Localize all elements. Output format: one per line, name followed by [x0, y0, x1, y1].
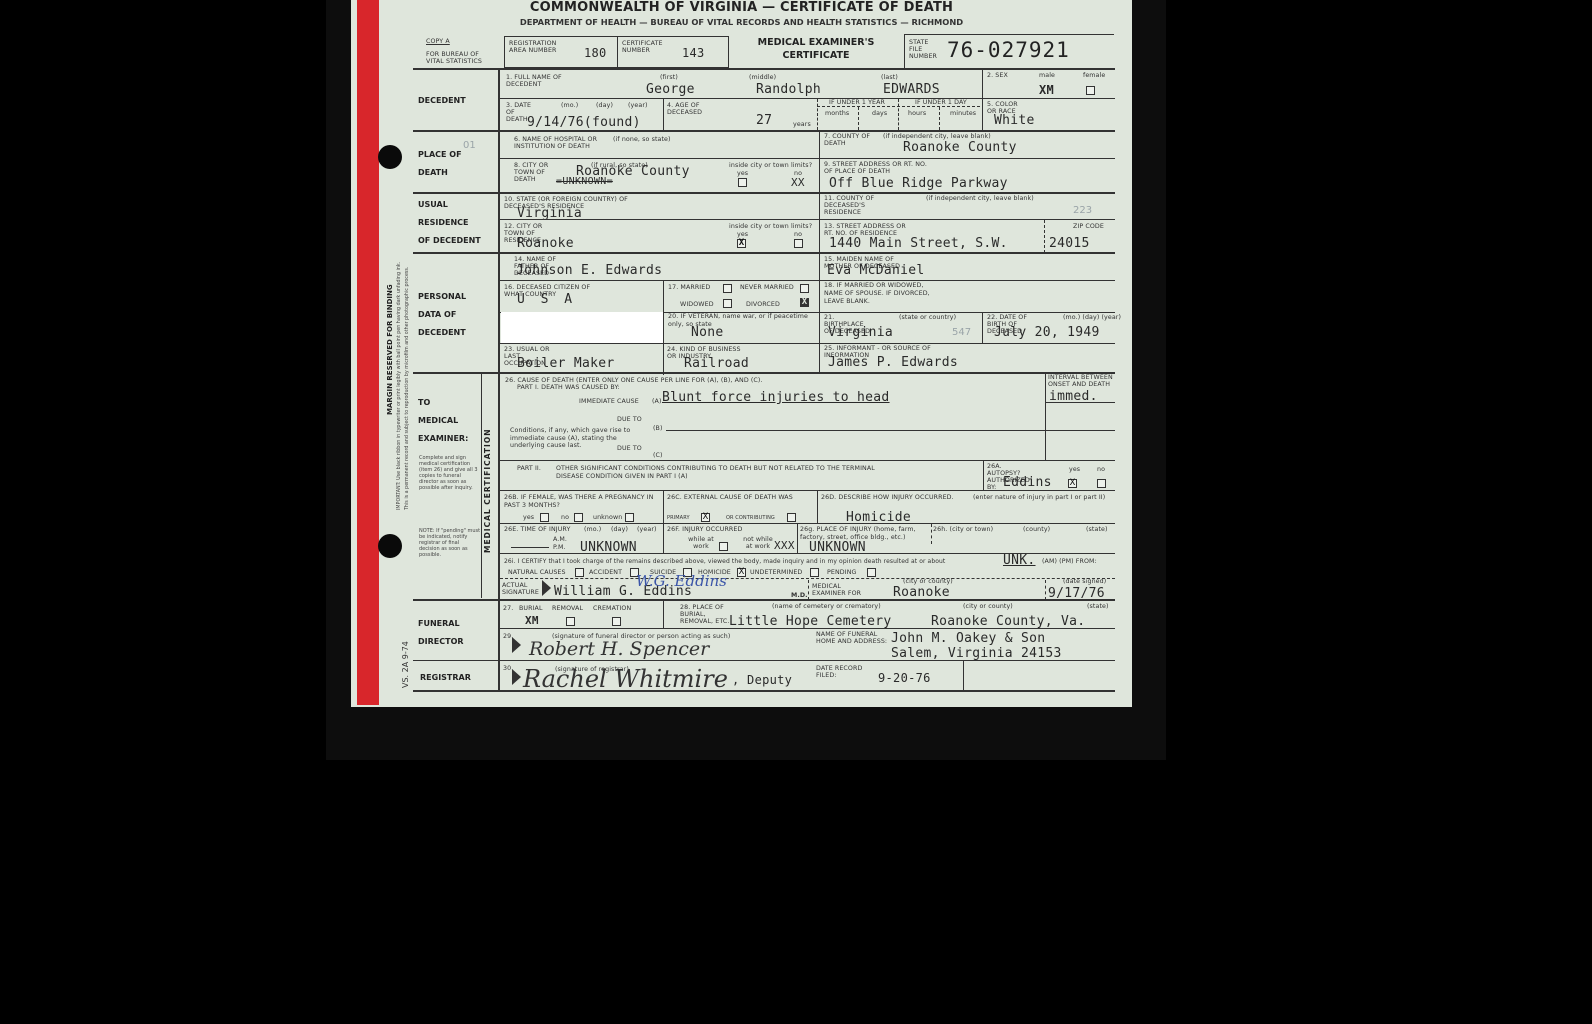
under-year-label: IF UNDER 1 YEAR	[829, 99, 885, 106]
divider	[413, 192, 1115, 194]
residence-street-label: 13. STREET ADDRESS OR RT. NO. OF RESIDEN…	[824, 223, 914, 237]
burial-label: BURIAL	[519, 605, 543, 612]
copy-for: FOR BUREAU OF VITAL STATISTICS	[426, 51, 496, 65]
mo-label: (mo.)	[561, 102, 578, 109]
hospital-label: 6. NAME OF HOSPITAL OR INSTITUTION OF DE…	[514, 136, 604, 150]
margin-binding-text: MARGIN RESERVED FOR BINDING	[386, 284, 394, 415]
binding-margin-stripe	[357, 0, 379, 705]
not-while-work-label: not while at work	[741, 536, 775, 550]
minutes-label: minutes	[950, 110, 976, 117]
section-personal-2: DATA OF	[418, 310, 456, 319]
certificate-type: MEDICAL EXAMINER'S CERTIFICATE	[736, 36, 896, 62]
day-label: (day)	[596, 102, 613, 109]
divider	[500, 280, 1115, 281]
undetermined-checkbox[interactable]	[810, 568, 819, 577]
divider	[500, 523, 1115, 524]
county-of-death-label: 7. COUNTY OF DEATH	[824, 133, 874, 147]
sex-male-mark: XM	[1039, 83, 1054, 97]
pregnancy-no-checkbox[interactable]	[574, 513, 583, 522]
burial-place-label: 28. PLACE OF BURIAL, REMOVAL, ETC.	[680, 604, 730, 625]
cause-a: Blunt force injuries to head	[662, 390, 890, 405]
divider	[500, 158, 1115, 159]
divider	[500, 490, 1115, 491]
mother-name: Eva McDaniel	[827, 263, 925, 278]
md-label: M.D.	[791, 592, 808, 599]
dob-hint: (mo.) (day) (year)	[1063, 314, 1121, 321]
accident-label: ACCIDENT	[589, 569, 622, 576]
director-arrow-icon	[512, 637, 521, 653]
section-to-me-1: TO	[418, 398, 430, 407]
funeral-home-name: John M. Oakey & Son	[891, 631, 1045, 646]
date-filed-label: DATE RECORD FILED:	[816, 665, 876, 679]
me-instructions: Complete and sign medical certification …	[419, 455, 481, 491]
date-signed-label: (date signed)	[1063, 578, 1106, 585]
divider	[982, 313, 983, 344]
autopsy-by: Eddins	[1003, 475, 1052, 490]
registration-area-label: REGISTRATION AREA NUMBER	[509, 40, 569, 54]
certify-time: UNK.	[1003, 553, 1036, 568]
yes-label: yes	[737, 170, 748, 177]
medical-certification-label: MEDICAL CERTIFICATION	[483, 429, 492, 553]
divorced-checkbox[interactable]: X	[800, 298, 809, 307]
inside-limits-yes-checkbox[interactable]	[738, 178, 747, 187]
disposition-label: 27.	[503, 605, 513, 612]
homicide-checkbox[interactable]: X	[737, 568, 746, 577]
punch-hole	[378, 145, 402, 169]
residence-street: 1440 Main Street, S.W.	[829, 236, 1008, 251]
pencil-code: 223	[1073, 205, 1092, 216]
pending-note: NOTE: If "pending" must be indicated, no…	[419, 528, 481, 558]
natural-checkbox[interactable]	[575, 568, 584, 577]
autopsy-no-checkbox[interactable]	[1097, 479, 1106, 488]
never-married-label: NEVER MARRIED	[740, 284, 794, 291]
death-certificate: COMMONWEALTH OF VIRGINIA — CERTIFICATE O…	[351, 0, 1132, 707]
divider	[413, 599, 1115, 601]
while-work-label: while at work	[685, 536, 717, 550]
divider	[663, 281, 664, 313]
date-of-death: 9/14/76(found)	[527, 115, 641, 130]
time-mo-label: (mo.)	[584, 526, 601, 533]
race: White	[994, 113, 1035, 128]
registrar-title: , Deputy	[732, 673, 792, 687]
female-label: female	[1083, 72, 1105, 79]
injury-state-label: (state)	[1086, 526, 1108, 533]
pending-checkbox[interactable]	[867, 568, 876, 577]
c-label: (C)	[653, 452, 663, 459]
am-label: A.M.	[553, 536, 567, 543]
divider	[858, 107, 859, 130]
veteran-label: 20. IF VETERAN, name war, or if peacetim…	[668, 313, 808, 329]
section-to-me-3: EXAMINER:	[418, 434, 468, 443]
registrar-arrow-icon	[512, 669, 521, 685]
autopsy-no-label: no	[1097, 466, 1105, 473]
margin-important-2: This is a permanent record and subject t…	[405, 267, 410, 510]
certify-text: 26i. I CERTIFY that I took charge of the…	[504, 558, 945, 565]
part2-text: OTHER SIGNIFICANT CONDITIONS CONTRIBUTIN…	[556, 465, 886, 481]
primary-checkbox[interactable]: X	[701, 513, 710, 522]
middle-label: (middle)	[749, 74, 776, 81]
under-day-label: IF UNDER 1 DAY	[915, 99, 967, 106]
divider	[819, 193, 820, 253]
injury-occurred-label: 26f. INJURY OCCURRED	[667, 526, 742, 533]
divider	[413, 252, 1115, 254]
undetermined-label: UNDETERMINED	[750, 569, 802, 576]
registration-area-number: 180	[584, 46, 607, 60]
divider	[413, 68, 1115, 70]
autopsy-yes-label: yes	[1069, 466, 1080, 473]
spouse-label: 18. IF MARRIED OR WIDOWED, NAME OF SPOUS…	[824, 282, 944, 306]
divider	[500, 628, 1115, 629]
full-name-label: 1. FULL NAME OF DECEDENT	[506, 74, 566, 88]
injury-city-label: 26h. (city or town)	[933, 526, 993, 533]
funeral-home-label: NAME OF FUNERAL HOME AND ADDRESS:	[816, 631, 896, 645]
time-label: 26e. TIME OF INJURY	[504, 526, 570, 533]
pregnancy-label: 26b. IF FEMALE, WAS THERE A PREGNANCY IN…	[504, 494, 654, 510]
pregnancy-unknown-label: unknown	[593, 514, 622, 521]
days-label: days	[872, 110, 887, 117]
director-signature: Robert H. Spencer	[529, 638, 709, 660]
divider	[500, 343, 1115, 344]
divider	[500, 98, 1115, 99]
residence-inside-yes-checkbox[interactable]: X	[737, 239, 746, 248]
city-county-label: (city or county)	[963, 603, 1013, 610]
signature-arrow-icon	[542, 580, 551, 596]
hospital-hint: (if none, so state)	[613, 136, 671, 143]
date-filed: 9-20-76	[878, 671, 931, 685]
section-residence-1: USUAL	[418, 200, 448, 209]
birthplace-code: 547	[952, 327, 971, 338]
part1-label: PART I. DEATH WAS CAUSED BY:	[517, 384, 620, 391]
last-name: EDWARDS	[883, 82, 940, 97]
divider	[663, 99, 664, 130]
divider	[413, 660, 1115, 661]
registrar-signature: Rachel Whitmire	[523, 665, 728, 693]
margin-important-1: IMPORTANT: Use black ribbon in typewrite…	[397, 262, 402, 510]
external-cause-label: 26c. EXTERNAL CAUSE OF DEATH WAS	[667, 494, 793, 501]
how-label: 26d. DESCRIBE HOW INJURY OCCURRED.	[821, 494, 954, 501]
divider	[413, 690, 1115, 692]
residence-city: Roanoke	[517, 236, 574, 251]
section-personal-1: PERSONAL	[418, 292, 466, 301]
divorced-label: DIVORCED	[746, 301, 780, 308]
street-of-death-label: 9. STREET ADDRESS OR RT. NO. OF PLACE OF…	[824, 161, 934, 175]
married-checkbox[interactable]	[723, 284, 732, 293]
widowed-checkbox[interactable]	[723, 299, 732, 308]
time-year-label: (year)	[637, 526, 657, 533]
first-label: (first)	[660, 74, 678, 81]
natural-label: NATURAL CAUSES	[508, 569, 566, 576]
divider	[413, 372, 1115, 374]
certificate-number-label: CERTIFICATE NUMBER	[622, 40, 672, 54]
punch-hole	[378, 534, 402, 558]
section-residence-2: RESIDENCE	[418, 218, 469, 227]
redacted-field	[501, 312, 663, 344]
female-checkbox[interactable]	[1086, 86, 1095, 95]
section-residence-3: OF DECEDENT	[418, 236, 481, 245]
first-name: George	[646, 82, 695, 97]
inside-limits-no-mark: XX	[791, 176, 805, 189]
removal-checkbox[interactable]	[566, 617, 575, 626]
burial-place: Little Hope Cemetery	[729, 614, 892, 629]
zip-label: ZIP CODE	[1073, 223, 1104, 230]
birthplace-hint: (state or country)	[899, 314, 956, 321]
pregnancy-no-label: no	[561, 514, 569, 521]
occupation: Boiler Maker	[517, 356, 615, 371]
b-label: (B)	[653, 425, 663, 432]
state-file-box: STATE FILE NUMBER 76-027921	[904, 34, 1114, 68]
contributing-label: or CONTRIBUTING	[726, 515, 775, 522]
divider	[817, 491, 818, 524]
divider	[663, 600, 664, 628]
father-name: Johnson E. Edwards	[516, 263, 662, 278]
examiner-for: Roanoke	[893, 585, 950, 600]
examiner-county-label: (city or county)	[903, 578, 953, 585]
section-decedent: DECEDENT	[418, 96, 466, 105]
section-place-of-death-2: DEATH	[418, 168, 448, 177]
business: Railroad	[684, 356, 749, 371]
divider	[1045, 402, 1115, 403]
pregnancy-unknown-checkbox[interactable]	[625, 513, 634, 522]
divider	[663, 313, 664, 375]
section-personal-3: DECEDENT	[418, 328, 466, 337]
injury-county-label: (county)	[1023, 526, 1050, 533]
yes-label: yes	[737, 231, 748, 238]
months-label: months	[825, 110, 849, 117]
age-label: 4. AGE OF DECEASED	[667, 102, 707, 116]
years-label: years	[793, 121, 811, 128]
registration-area-box: REGISTRATION AREA NUMBER 180	[504, 36, 618, 68]
burial-location: Roanoke County, Va.	[931, 614, 1085, 629]
certificate-number-box: CERTIFICATE NUMBER 143	[617, 36, 729, 68]
divider	[1045, 373, 1046, 461]
pm-label: P.M.	[553, 544, 566, 551]
contributing-checkbox[interactable]	[787, 513, 796, 522]
divider	[982, 70, 983, 130]
copy-label: COPY A	[426, 38, 450, 45]
divider	[819, 131, 820, 193]
section-registrar: REGISTRAR	[420, 673, 471, 682]
examiner-signature: W.G. Eddins	[636, 572, 727, 590]
no-label: no	[794, 231, 802, 238]
pregnancy-yes-checkbox[interactable]	[540, 513, 549, 522]
section-funeral-1: FUNERAL	[418, 619, 460, 628]
signature-label: ACTUAL SIGNATURE	[502, 582, 542, 596]
not-while-work-mark: XXX	[774, 539, 795, 552]
certificate-title: COMMONWEALTH OF VIRGINIA — CERTIFICATE O…	[351, 0, 1132, 15]
citizen: U S A	[517, 292, 576, 307]
divider	[963, 661, 964, 691]
hours-label: hours	[908, 110, 926, 117]
informant: James P. Edwards	[828, 355, 958, 370]
last-label: (last)	[881, 74, 898, 81]
divider	[1045, 430, 1115, 431]
pending-label: PENDING	[827, 569, 856, 576]
while-work-checkbox[interactable]	[719, 542, 728, 551]
due-to-label: DUE TO	[617, 416, 642, 423]
residence-county-hint: (if independent city, leave blank)	[926, 195, 1034, 202]
divider	[808, 580, 809, 600]
divider	[939, 107, 940, 130]
how-hint: (enter nature of injury in part I or par…	[973, 494, 1105, 501]
widowed-label: WIDOWED	[680, 301, 714, 308]
residence-county-label: 11. COUNTY OF DECEASED'S RESIDENCE	[824, 195, 904, 216]
sex-label: 2. SEX	[987, 72, 1008, 79]
birthplace: Virginia	[828, 325, 893, 340]
certificate-subtitle: DEPARTMENT OF HEALTH — BUREAU OF VITAL R…	[351, 17, 1132, 27]
certificate-number: 143	[682, 46, 705, 60]
divider	[500, 219, 1115, 220]
county-of-death: Roanoke County	[903, 140, 1017, 155]
burial-state-label: (state)	[1087, 603, 1109, 610]
funeral-home-address: Salem, Virginia 24153	[891, 646, 1062, 661]
zip: 24015	[1049, 236, 1090, 251]
divider	[898, 99, 899, 130]
divider	[500, 460, 1115, 461]
interval-label: INTERVAL BETWEEN ONSET AND DEATH	[1048, 374, 1116, 388]
burial-mark: XM	[525, 614, 539, 627]
cause-label: 26. CAUSE OF DEATH (Enter only one cause…	[505, 377, 763, 384]
section-funeral-2: DIRECTOR	[418, 637, 464, 646]
city-struck: =UNKNOWN=	[556, 176, 613, 187]
due-to-label-2: DUE TO	[617, 445, 642, 452]
certify-suffix: (AM) (PM) from:	[1042, 558, 1097, 565]
state-file-number: 76-027921	[947, 38, 1070, 62]
age: 27	[756, 113, 772, 128]
inside-limits-label: inside city or town limits?	[729, 162, 812, 169]
examiner-for-label: MEDICAL EXAMINER FOR	[812, 583, 867, 597]
street-of-death: Off Blue Ridge Parkway	[829, 176, 1008, 191]
a-label: (A)	[652, 398, 662, 405]
divider	[983, 461, 984, 491]
part2-label: PART II.	[517, 465, 541, 472]
removal-label: REMOVAL	[552, 605, 583, 612]
immediate-label: IMMEDIATE CAUSE	[579, 398, 639, 405]
state-file-label: STATE FILE NUMBER	[909, 39, 943, 60]
med-cert-divider	[481, 374, 482, 598]
section-place-of-death-1: PLACE OF	[418, 150, 462, 159]
middle-name: Randolph	[756, 82, 821, 97]
divider	[931, 524, 932, 544]
divider	[819, 254, 820, 374]
cremation-checkbox[interactable]	[612, 617, 621, 626]
county-hint: (if independent city, leave blank)	[883, 133, 991, 140]
never-married-checkbox[interactable]	[800, 284, 809, 293]
divider	[1044, 220, 1045, 253]
veteran: None	[691, 325, 724, 340]
pencil-note: 01	[463, 140, 476, 151]
divider	[817, 99, 818, 130]
cemetery-label: (name of cemetery or crematory)	[772, 603, 881, 610]
residence-inside-no-checkbox[interactable]	[794, 239, 803, 248]
section-to-me-2: MEDICAL	[418, 416, 458, 425]
primary-label: PRIMARY	[667, 515, 690, 522]
married-label: 17. MARRIED	[668, 284, 710, 291]
cause-b-line	[666, 430, 1046, 431]
cremation-label: CREMATION	[593, 605, 631, 612]
year-label: (year)	[628, 102, 648, 109]
date-of-birth: July 20, 1949	[994, 325, 1100, 340]
divider	[413, 130, 1115, 132]
divider	[1045, 580, 1046, 600]
form-code: VS. 2A 9-74	[401, 641, 410, 688]
autopsy-yes-checkbox[interactable]: X	[1068, 479, 1077, 488]
time-blank	[511, 547, 549, 548]
male-label: male	[1039, 72, 1055, 79]
residence-inside-limits-label: inside city or town limits?	[729, 223, 812, 230]
divider	[500, 578, 1115, 579]
time-day-label: (day)	[611, 526, 628, 533]
divider	[797, 524, 798, 554]
pregnancy-yes-label: yes	[523, 514, 534, 521]
